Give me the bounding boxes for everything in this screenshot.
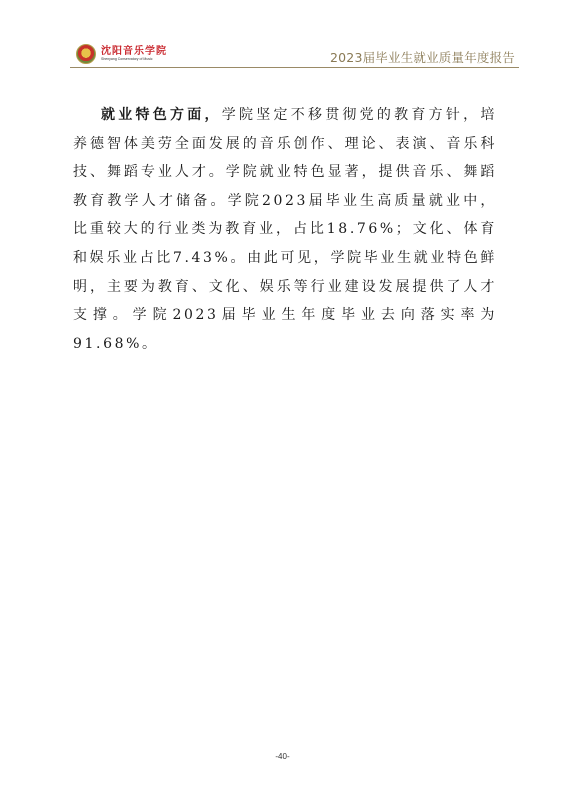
logo-text: 沈阳音乐学院 Shenyang Conservatory of Music <box>101 47 167 62</box>
page-number: -40- <box>0 752 565 761</box>
logo-name-cn: 沈阳音乐学院 <box>101 47 167 57</box>
paragraph-lead: 就业特色方面， <box>101 107 222 123</box>
paragraph: 就业特色方面，学院坚定不移贯彻党的教育方针，培养德智体美劳全面发展的音乐创作、理… <box>73 101 497 358</box>
school-emblem-icon <box>76 44 96 64</box>
paragraph-text: 学院坚定不移贯彻党的教育方针，培养德智体美劳全面发展的音乐创作、理论、表演、音乐… <box>73 107 497 352</box>
body-content: 就业特色方面，学院坚定不移贯彻党的教育方针，培养德智体美劳全面发展的音乐创作、理… <box>73 101 497 358</box>
logo-name-en: Shenyang Conservatory of Music <box>101 58 167 62</box>
report-title: 2023届毕业生就业质量年度报告 <box>330 48 515 66</box>
header-divider <box>70 67 519 69</box>
school-logo: 沈阳音乐学院 Shenyang Conservatory of Music <box>76 44 167 64</box>
page-header: 沈阳音乐学院 Shenyang Conservatory of Music 20… <box>70 40 519 68</box>
